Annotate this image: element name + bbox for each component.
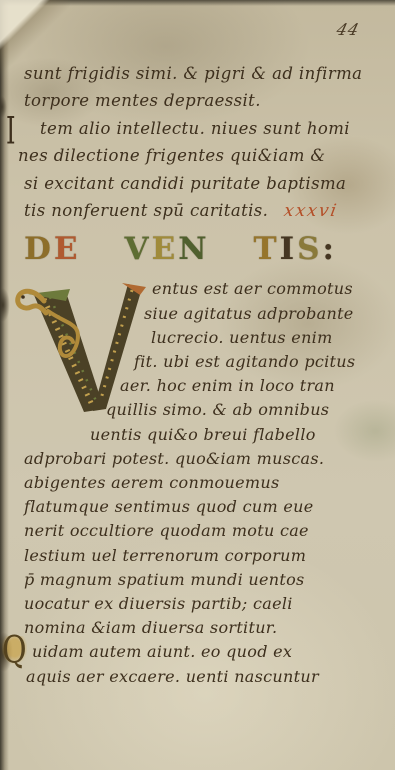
text-line: si excitant candidi puritate baptisma [24, 170, 381, 197]
text-line: aquis aer excaere. uenti nascuntur [24, 665, 381, 689]
heading-letter: N [178, 231, 209, 267]
text-line: tem alio intellectu. niues sunt homi [24, 115, 381, 142]
last-line-text: tis nonferuent spū caritatis. [24, 201, 268, 220]
text-line: flatumque sentimus quod cum eue [24, 495, 381, 519]
text-line: uocatur ex diuersis partib; caeli [24, 592, 381, 616]
marginal-initial-I: I [6, 111, 16, 153]
text-line: nes dilectione frigentes qui&iam & [18, 142, 381, 169]
text-column: I sunt frigidis simi. & pigri & ad infir… [24, 60, 381, 689]
manuscript-page: 44 I sunt frigidis simi. & pigri & ad in… [0, 0, 395, 770]
decorated-initial-V [14, 279, 152, 427]
heading-letter: E [152, 231, 179, 267]
text-line: nomina &iam diuersa sortitur. [24, 616, 381, 640]
heading-letter: I [280, 231, 298, 267]
text-line: sunt frigidis simi. & pigri & ad infirma [24, 60, 381, 87]
text-line: nerit occultiore quodam motu cae [24, 519, 381, 543]
chapter-heading: DE VEN TIS: [24, 225, 381, 273]
chapter-text-block: entus est aer commotussiue agitatus adpr… [24, 277, 381, 688]
folio-number: 44 [334, 20, 361, 39]
decorated-initial-Q: Q [2, 636, 27, 666]
text-line: torpore mentes depraessit. [24, 87, 381, 114]
heading-letter: S [297, 231, 322, 267]
text-line: tis nonferuent spū caritatis. xxxvi [24, 197, 381, 225]
final-lines: uidam autem aiunt. eo quod exaquis aer e… [24, 640, 381, 688]
final-block: Q uidam autem aiunt. eo quod exaquis aer… [24, 640, 381, 688]
text-line: p̄ magnum spatium mundi uentos [24, 568, 381, 592]
upper-lines: sunt frigidis simi. & pigri & ad infirma… [24, 60, 381, 197]
upper-text-block: I sunt frigidis simi. & pigri & ad infir… [24, 60, 381, 225]
rubric-chapter-numeral: xxxvi [282, 198, 341, 225]
text-line: lestium uel terrenorum corporum [24, 544, 381, 568]
heading-letter: D [24, 231, 54, 267]
heading-word: TIS: [254, 231, 337, 267]
heading-word: DE [24, 231, 81, 267]
text-line: uidam autem aiunt. eo quod ex [24, 640, 381, 664]
text-line: adprobari potest. quo&iam muscas. [24, 447, 381, 471]
heading-word: VEN [125, 231, 210, 267]
heading-letter: V [125, 231, 152, 267]
heading-letter: : [323, 231, 337, 267]
full-lines: adprobari potest. quo&iam muscas.abigent… [24, 447, 381, 641]
text-line: abigentes aerem conmouemus [24, 471, 381, 495]
heading-letter: T [254, 231, 280, 267]
heading-letter: E [54, 231, 81, 267]
